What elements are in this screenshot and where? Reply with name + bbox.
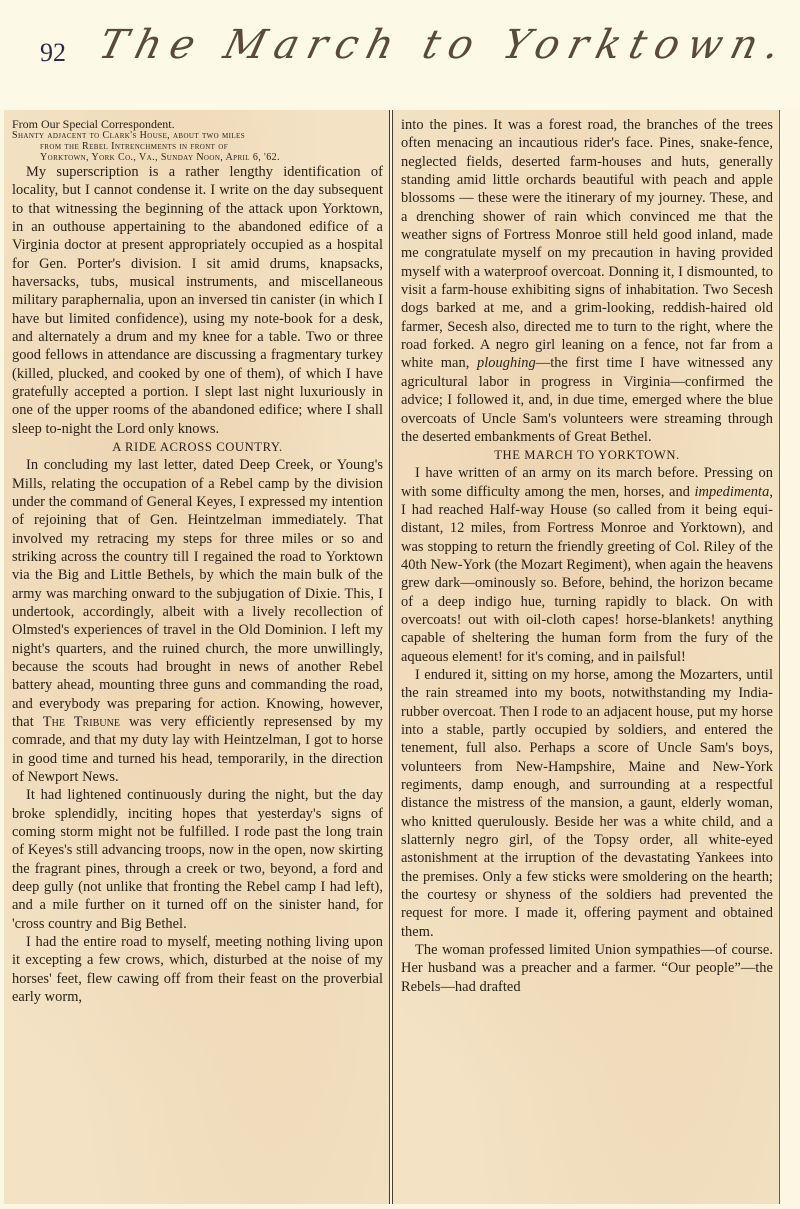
paragraph: I had the entire road to myself, meeting… [12, 933, 383, 1006]
page-number: 92 [40, 38, 66, 68]
dateline-line-2: from the Rebel Intrenchments in front of [12, 141, 383, 152]
byline: From Our Special Correspondent. [12, 118, 383, 130]
paragraph: My superscription is a rather lengthy id… [12, 163, 383, 438]
section-heading: A RIDE ACROSS COUNTRY. [12, 438, 383, 456]
paragraph: into the pines. It was a forest road, th… [401, 116, 773, 446]
paragraph-text: In concluding my last letter, dated Deep… [12, 457, 383, 730]
section-heading: THE MARCH TO YORKTOWN. [401, 446, 773, 464]
paragraph: I endured it, sitting on my horse, among… [401, 666, 773, 941]
paragraph-text: , I had reached Half-way House (so calle… [401, 484, 773, 665]
dateline-line-3: Yorktown, York Co., Va., Sunday Noon, Ap… [12, 152, 383, 163]
dateline-line-1: Shanty adjacent to Clark's House, about … [12, 130, 383, 141]
paragraph: The woman professed limited Union sympat… [401, 941, 773, 996]
page-header: 92 The March to Yorktown. [0, 0, 800, 108]
italic-word: ploughing [477, 355, 536, 371]
dateline: Shanty adjacent to Clark's House, about … [12, 130, 383, 163]
newspaper-column-right: into the pines. It was a forest road, th… [392, 110, 780, 1204]
handwritten-title: The March to Yorktown. [94, 22, 793, 68]
paragraph: In concluding my last letter, dated Deep… [12, 456, 383, 786]
newspaper-name: The Tribune [43, 714, 120, 730]
paragraph-text: into the pines. It was a forest road, th… [401, 117, 773, 371]
paragraph: It had lightened continuously during the… [12, 786, 383, 933]
paragraph: I have written of an army on its march b… [401, 464, 773, 666]
italic-word: impedimenta [694, 484, 769, 500]
newspaper-column-left: From Our Special Correspondent. Shanty a… [4, 110, 390, 1204]
